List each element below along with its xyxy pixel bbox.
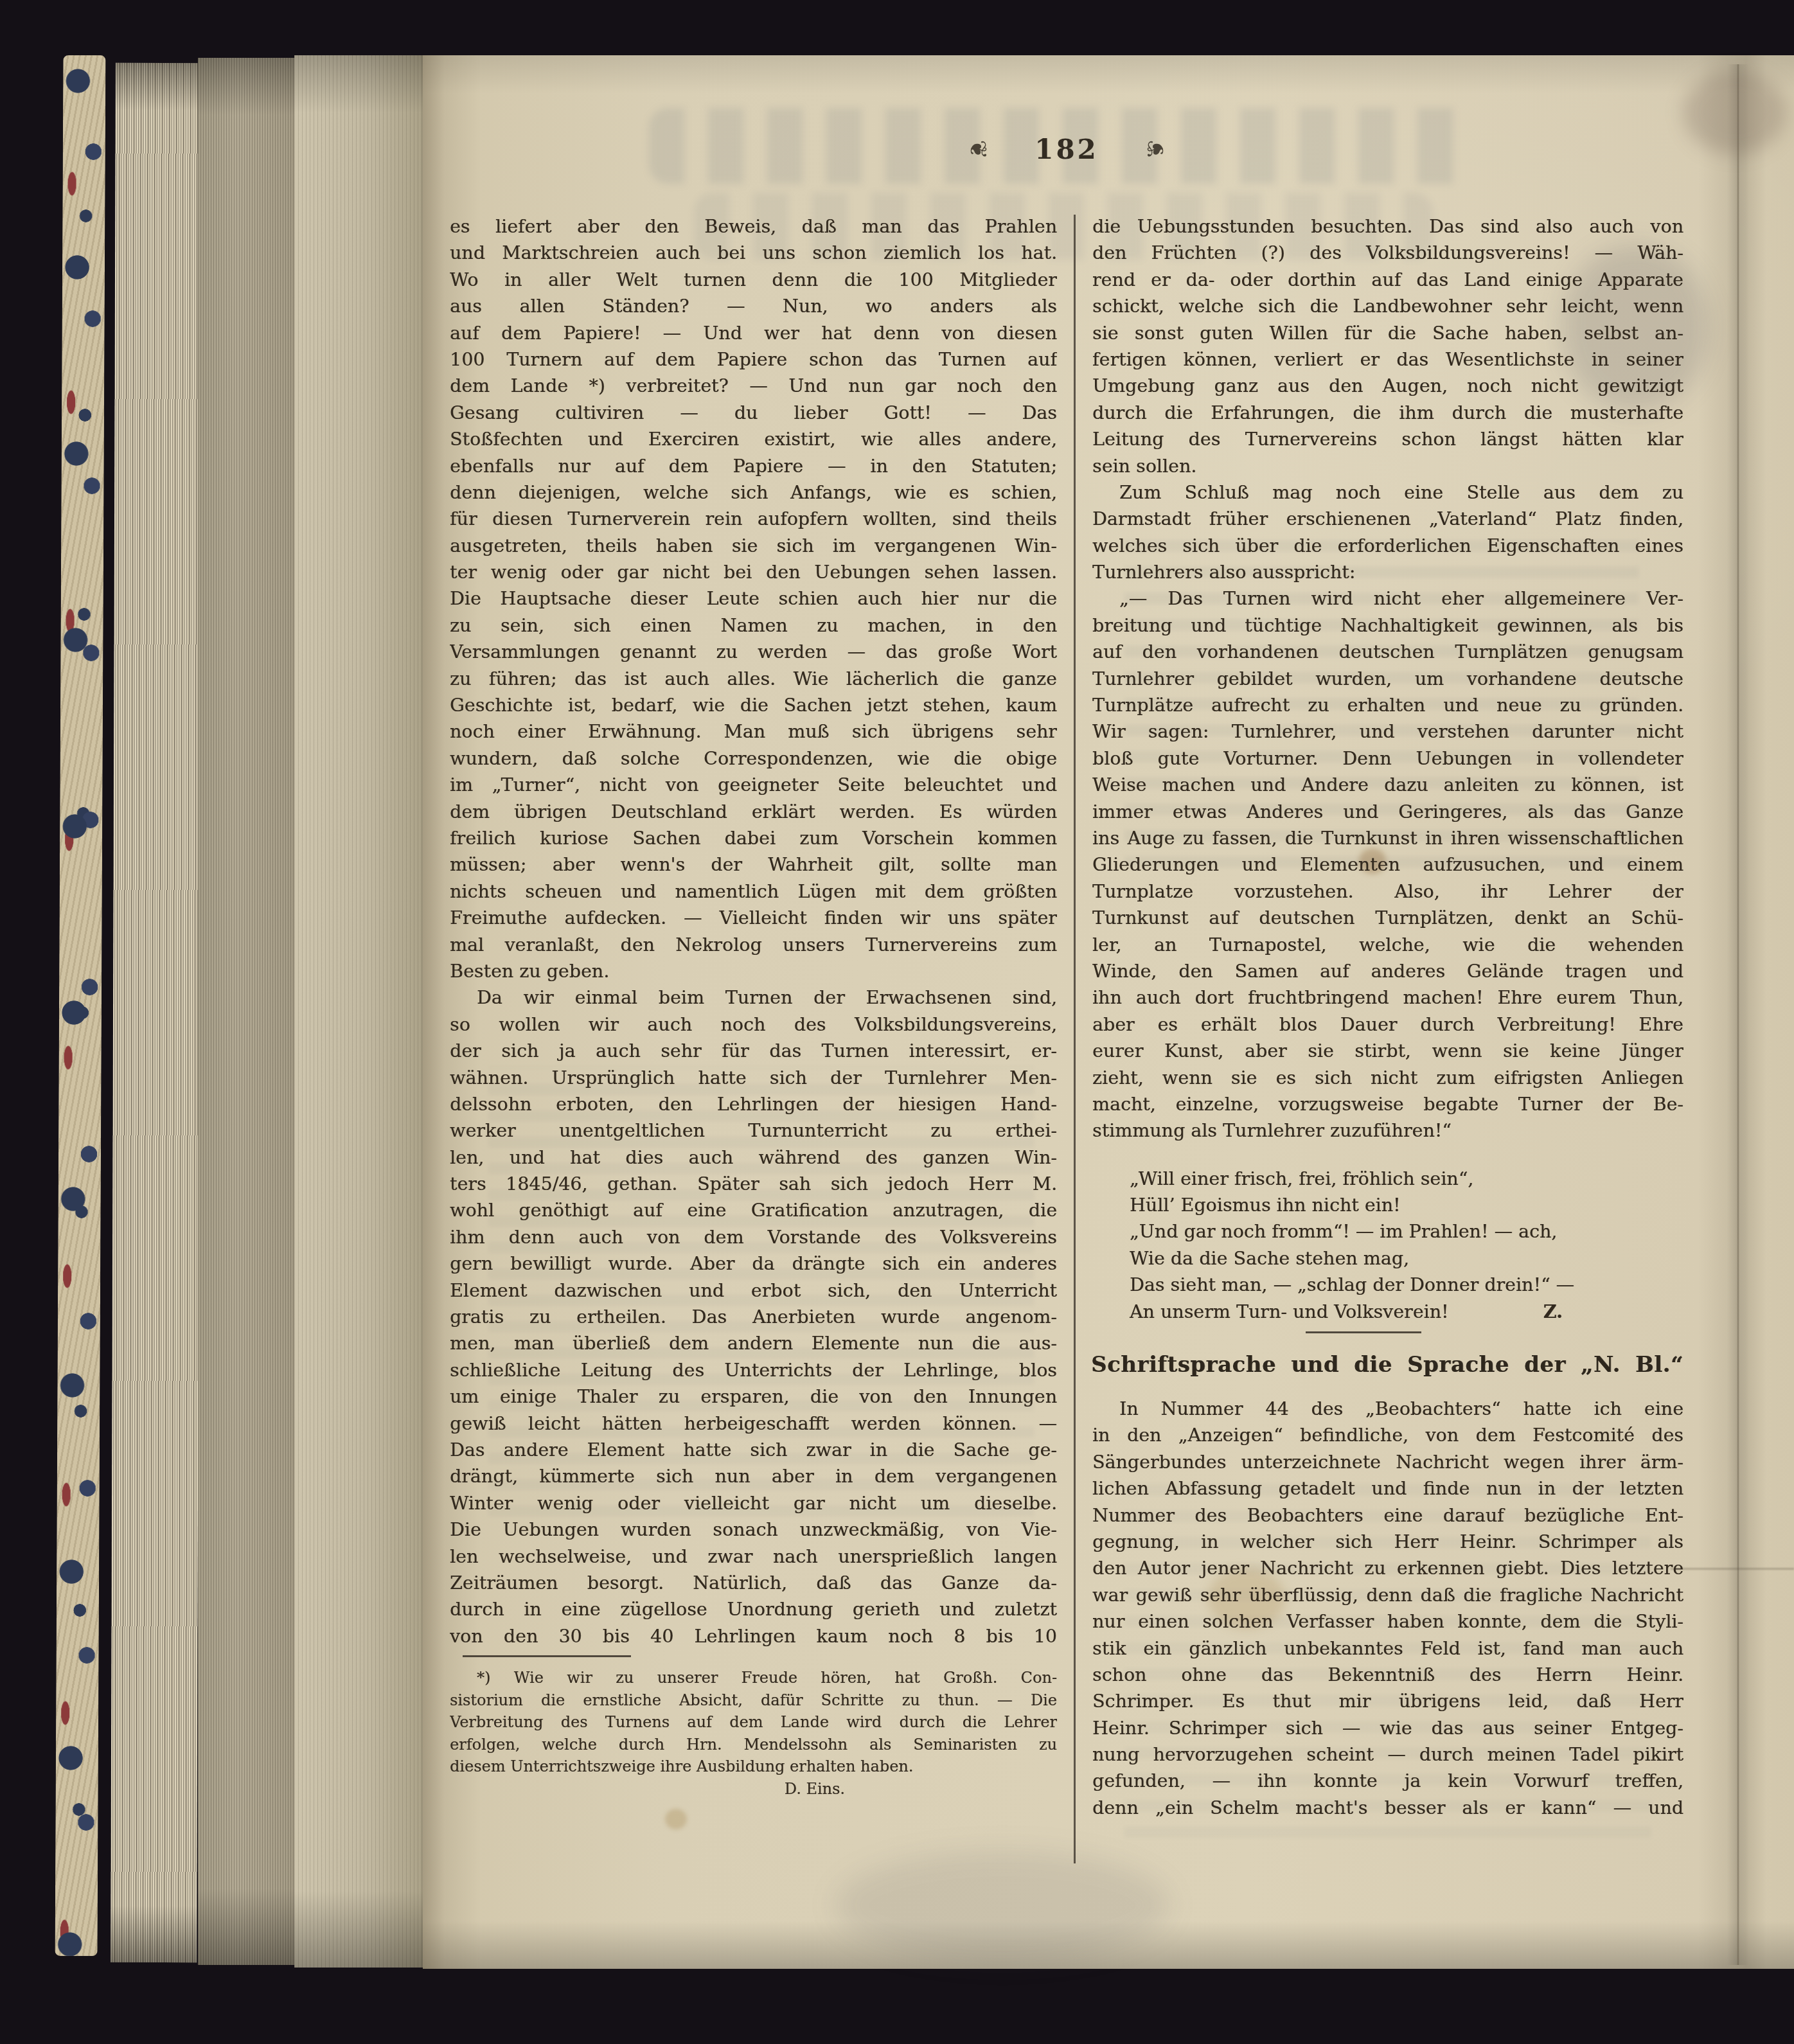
text-line: so wollen wir auch noch des Volksbildung…: [450, 1011, 1057, 1038]
text-line: schon ohne das Bekenntniß des Herrn Hein…: [1092, 1662, 1683, 1688]
text-line: fertigen können, verliert er das Wesentl…: [1092, 346, 1683, 373]
text-line: rend er da- oder dorthin auf das Land ei…: [1092, 267, 1683, 293]
text-line: denn „ein Schelm macht's besser als er k…: [1092, 1795, 1683, 1821]
text-line: wundern, daß solche Correspondenzen, wie…: [450, 745, 1057, 772]
text-line: Die Hauptsache dieser Leute schien auch …: [450, 585, 1057, 612]
book-scan: ❦ 182 ❦ es liefert aber den Beweis, daß …: [0, 0, 1794, 2044]
fore-edge-light: [294, 55, 425, 1968]
column-divider-rule: [1074, 215, 1076, 1863]
text-line: noch einer Erwähnung. Man muß sich übrig…: [450, 718, 1057, 745]
right-column-text: die Uebungsstunden besuchten. Das sind a…: [1092, 213, 1683, 1144]
text-line: von den 30 bis 40 Lehrlingen kaum noch 8…: [450, 1623, 1057, 1649]
text-line: es liefert aber den Beweis, daß man das …: [450, 213, 1057, 240]
footnote-signature: D. Eins.: [450, 1778, 1057, 1800]
footnote-rule: [463, 1655, 631, 1657]
text-line: Wir sagen: Turnlehrer, und verstehen dar…: [1092, 718, 1683, 745]
text-line: macht, einzelne, vorzugsweise begabte Tu…: [1092, 1091, 1683, 1117]
text-line: gewiß leicht hätten herbeigeschafft werd…: [450, 1410, 1057, 1437]
fleuron-ornament-right: ❦: [1142, 139, 1169, 159]
text-line: nichts scheuen und namentlich Lügen mit …: [450, 878, 1057, 905]
text-line: durch die Erfahrungen, die ihm durch die…: [1092, 400, 1683, 426]
text-line: eurer Kunst, aber sie stirbt, wenn sie k…: [1092, 1038, 1683, 1064]
text-line: aber es erhält blos Dauer durch Verbreit…: [1092, 1011, 1683, 1038]
text-line: Turnplatze vorzustehen. Also, ihr Lehrer…: [1092, 878, 1683, 905]
text-line: len wechselweise, und zwar nach unerspri…: [450, 1543, 1057, 1570]
text-line: Zum Schluß mag noch eine Stelle aus dem …: [1092, 479, 1683, 506]
foxing-spot: [665, 1809, 687, 1829]
text-line: gefunden, — ihn konnte ja kein Vorwurf t…: [1092, 1768, 1683, 1794]
footnote-lines: *) Wie wir zu unserer Freude hören, hat …: [450, 1667, 1057, 1778]
fore-edge-dark: [198, 58, 296, 1965]
text-line: Leitung des Turnervereins schon längst h…: [1092, 426, 1683, 452]
text-line: Versammlungen genannt zu werden — das gr…: [450, 639, 1057, 665]
text-line: im „Turner“, nicht von geeigneter Seite …: [450, 772, 1057, 798]
right-column: die Uebungsstunden besuchten. Das sind a…: [1092, 213, 1683, 1325]
text-line: erfolgen, welche durch Hrn. Mendelssohn …: [450, 1734, 1057, 1756]
text-line: „Will einer frisch, frei, fröhlich sein“…: [1130, 1166, 1683, 1192]
marbled-cover-edge: [55, 55, 106, 1956]
text-line: nung hervorzugehen scheint — durch meine…: [1092, 1741, 1683, 1768]
text-line: Geschichte ist, bedarf, wie die Sachen j…: [450, 692, 1057, 718]
text-line: Verbreitung des Turnens auf dem Lande wi…: [450, 1711, 1057, 1734]
text-line: welches sich über die erforderlichen Eig…: [1092, 533, 1683, 559]
text-line: wähnen. Ursprünglich hatte sich der Turn…: [450, 1065, 1057, 1091]
text-line: freilich kuriose Sachen dabei zum Vorsch…: [450, 825, 1057, 851]
text-line: *) Wie wir zu unserer Freude hören, hat …: [450, 1667, 1057, 1689]
text-line: Winde, den Samen auf anderes Gelände tra…: [1092, 958, 1683, 984]
text-line: Stoßfechten und Exerciren existirt, wie …: [450, 426, 1057, 452]
text-line: gern bewilligt wurde. Aber da drängte si…: [450, 1250, 1057, 1277]
text-line: drängt, kümmerte sich nun aber in dem ve…: [450, 1463, 1057, 1489]
text-line: Turnlehrers also ausspricht:: [1092, 559, 1683, 585]
text-line: stik ein gänzlich unbekanntes Feld ist, …: [1092, 1635, 1683, 1662]
text-line: Umgebung ganz aus den Augen, noch nicht …: [1092, 373, 1683, 399]
stain: [835, 1851, 1169, 1960]
text-line: aus allen Ständen? — Nun, wo anders als: [450, 293, 1057, 319]
text-line: werker unentgeltlichen Turnunterricht zu…: [450, 1117, 1057, 1144]
horizontal-crease: [1671, 1568, 1794, 1570]
text-line: in den „Anzeigen“ befindliche, von dem F…: [1092, 1422, 1683, 1448]
text-line: ler, an Turnapostel, welche, wie die weh…: [1092, 932, 1683, 958]
text-line: sistorium die ernstliche Absicht, dafür …: [450, 1689, 1057, 1712]
page-fold-crease: [1727, 64, 1749, 1965]
stain: [1683, 71, 1786, 154]
text-line: Turnkunst auf deutschen Turnplätzen, den…: [1092, 905, 1683, 931]
text-line: die Uebungsstunden besuchten. Das sind a…: [1092, 213, 1683, 240]
page-stack-edges: [111, 63, 202, 1962]
text-line: Darmstadt früher erschienenen „Vaterland…: [1092, 506, 1683, 532]
text-line: Weise machen und Andere dazu anleiten zu…: [1092, 772, 1683, 798]
text-line: Gesang cultiviren — du lieber Gott! — Da…: [450, 400, 1057, 426]
text-line: mal veranlaßt, den Nekrolog unsers Turne…: [450, 932, 1057, 958]
text-line: Turnlehrer gebildet wurden, um vorhanden…: [1092, 666, 1683, 692]
text-line: stimmung als Turnlehrer zuzuführen!“: [1092, 1117, 1683, 1144]
footnote: *) Wie wir zu unserer Freude hören, hat …: [450, 1667, 1057, 1800]
left-column: es liefert aber den Beweis, daß man das …: [450, 213, 1057, 1649]
text-line: sein sollen.: [1092, 453, 1683, 479]
text-line: war gewiß sehr überflüssig, denn daß die…: [1092, 1582, 1683, 1608]
text-line: schließliche Leitung des Unterrichts der…: [450, 1357, 1057, 1383]
text-line: zu führen; das ist auch alles. Wie läche…: [450, 666, 1057, 692]
verse-block: „Will einer frisch, frei, fröhlich sein“…: [1092, 1166, 1683, 1299]
text-line: ebenfalls nur auf dem Papiere — in den S…: [450, 453, 1057, 479]
text-line: delssohn erboten, den Lehrlingen der hie…: [450, 1091, 1057, 1117]
section-separator-rule: [1306, 1331, 1421, 1333]
text-line: bloß gute Vorturner. Denn Uebungen in vo…: [1092, 745, 1683, 772]
text-line: der sich ja auch sehr für das Turnen int…: [450, 1038, 1057, 1064]
text-line: den Früchten (?) des Volksbildungsverein…: [1092, 240, 1683, 266]
text-line: ausgetreten, theils haben sie sich im ve…: [450, 533, 1057, 559]
text-line: Wo in aller Welt turnen denn die 100 Mit…: [450, 267, 1057, 293]
text-line: und Marktschreien auch bei uns schon zie…: [450, 240, 1057, 266]
text-line: müssen; aber wenn's der Wahrheit gilt, s…: [450, 851, 1057, 878]
text-line: nur einen solchen Verfasser haben konnte…: [1092, 1608, 1683, 1635]
text-line: um einige Thaler zu ersparen, die von de…: [450, 1383, 1057, 1410]
text-line: Zeiträumen besorgt. Natürlich, daß das G…: [450, 1570, 1057, 1596]
text-line: gegnung, in welcher sich Herr Heinr. Sch…: [1092, 1529, 1683, 1555]
text-line: lichen Abfassung getadelt und finde nun …: [1092, 1475, 1683, 1502]
text-line: zu sein, sich einen Namen zu machen, in …: [450, 612, 1057, 639]
text-line: Freimuthe aufdecken. — Vielleicht finden…: [450, 905, 1057, 931]
text-line: ters 1845/46, gethan. Später sah sich je…: [450, 1171, 1057, 1197]
text-line: denn diejenigen, welche sich Anfangs, wi…: [450, 479, 1057, 506]
text-line: zieht, wenn sie es sich nicht zum eifrig…: [1092, 1065, 1683, 1091]
article-heading: Schriftsprache und die Sprache der „N. B…: [1091, 1352, 1683, 1378]
page-header: ❦ 182 ❦: [855, 134, 1279, 165]
text-line: gratis zu ertheilen. Das Anerbieten wurd…: [450, 1304, 1057, 1330]
text-line: immer etwas Anderes und Geringeres, als …: [1092, 799, 1683, 825]
text-line: dem übrigen Deutschland erklärt werden. …: [450, 799, 1057, 825]
text-line: „Und gar noch fromm“! — im Prahlen! — ac…: [1130, 1218, 1683, 1245]
text-line: Gliederungen und Elementen aufzusuchen, …: [1092, 851, 1683, 878]
text-line: Element dazwischen und erbot sich, den U…: [450, 1277, 1057, 1304]
text-line: Da wir einmal beim Turnen der Erwachsene…: [450, 984, 1057, 1011]
text-line: schickt, welche sich die Landbewohner se…: [1092, 293, 1683, 319]
text-line: breitung und tüchtige Nachhaltigkeit gew…: [1092, 612, 1683, 639]
text-line: Turnplätze aufrecht zu erhalten und neue…: [1092, 692, 1683, 718]
text-line: ihn auch dort fruchtbringend machen! Ehr…: [1092, 984, 1683, 1011]
text-line: Das andere Element hatte sich zwar in di…: [450, 1437, 1057, 1463]
text-line: Heinr. Schrimper sich — wie das aus sein…: [1092, 1715, 1683, 1741]
text-line: len, und hat dies auch während des ganze…: [450, 1144, 1057, 1171]
text-line: ins Auge zu fassen, die Turnkunst in ihr…: [1092, 825, 1683, 851]
text-line: Winter wenig oder vielleicht gar nicht u…: [450, 1490, 1057, 1516]
text-line: Nummer des Beobachters eine darauf bezüg…: [1092, 1502, 1683, 1529]
text-line: „— Das Turnen wird nicht eher allgemeine…: [1092, 585, 1683, 612]
text-line: Wie da die Sache stehen mag,: [1130, 1245, 1683, 1272]
text-line: Schrimper. Es thut mir übrigens leid, da…: [1092, 1688, 1683, 1714]
text-line: 100 Turnern auf dem Papiere schon das Tu…: [450, 346, 1057, 373]
text-line: sie sonst guten Willen für die Sache hab…: [1092, 320, 1683, 346]
verse-author-initial: Z.: [1543, 1299, 1563, 1325]
text-line: Das sieht man, — „schlag der Donner drei…: [1130, 1272, 1683, 1298]
text-line: Hüll’ Egoismus ihn nicht ein!: [1130, 1192, 1683, 1218]
text-line: den Autor jener Nachricht zu erkennen gi…: [1092, 1555, 1683, 1581]
page-number: 182: [1035, 134, 1099, 165]
text-line: ihm denn auch von dem Vorstande des Volk…: [450, 1224, 1057, 1250]
text-line: wohl genöthigt auf eine Gratification an…: [450, 1197, 1057, 1223]
text-line: Besten zu geben.: [450, 958, 1057, 984]
fleuron-ornament-left: ❦: [964, 139, 991, 159]
text-line: auf den vorhandenen deutschen Turnplätze…: [1092, 639, 1683, 665]
text-line: auf dem Papiere! — Und wer hat denn von …: [450, 320, 1057, 346]
text-line: Sängerbundes unterzeichnete Nachricht we…: [1092, 1449, 1683, 1475]
text-line: dem Lande *) verbreitet? — Und nun gar n…: [450, 373, 1057, 399]
verse-final-line: An unserm Turn- und Volksverein! Z.: [1092, 1299, 1683, 1325]
text-line: In Nummer 44 des „Beobachters“ hatte ich…: [1092, 1396, 1683, 1422]
text-line: ter wenig oder gar nicht bei den Uebunge…: [450, 559, 1057, 585]
right-column-part2: In Nummer 44 des „Beobachters“ hatte ich…: [1092, 1396, 1683, 1821]
verse-final-text: An unserm Turn- und Volksverein!: [1130, 1301, 1448, 1322]
text-line: diesem Unterrichtszweige ihre Ausbildung…: [450, 1755, 1057, 1778]
text-line: durch in eine zügellose Unordnung geriet…: [450, 1596, 1057, 1622]
text-line: men, man überließ dem andern Elemente nu…: [450, 1330, 1057, 1356]
text-line: für diesen Turnerverein rein aufopfern w…: [450, 506, 1057, 532]
text-line: Die Uebungen wurden sonach unzweckmäßig,…: [450, 1516, 1057, 1543]
